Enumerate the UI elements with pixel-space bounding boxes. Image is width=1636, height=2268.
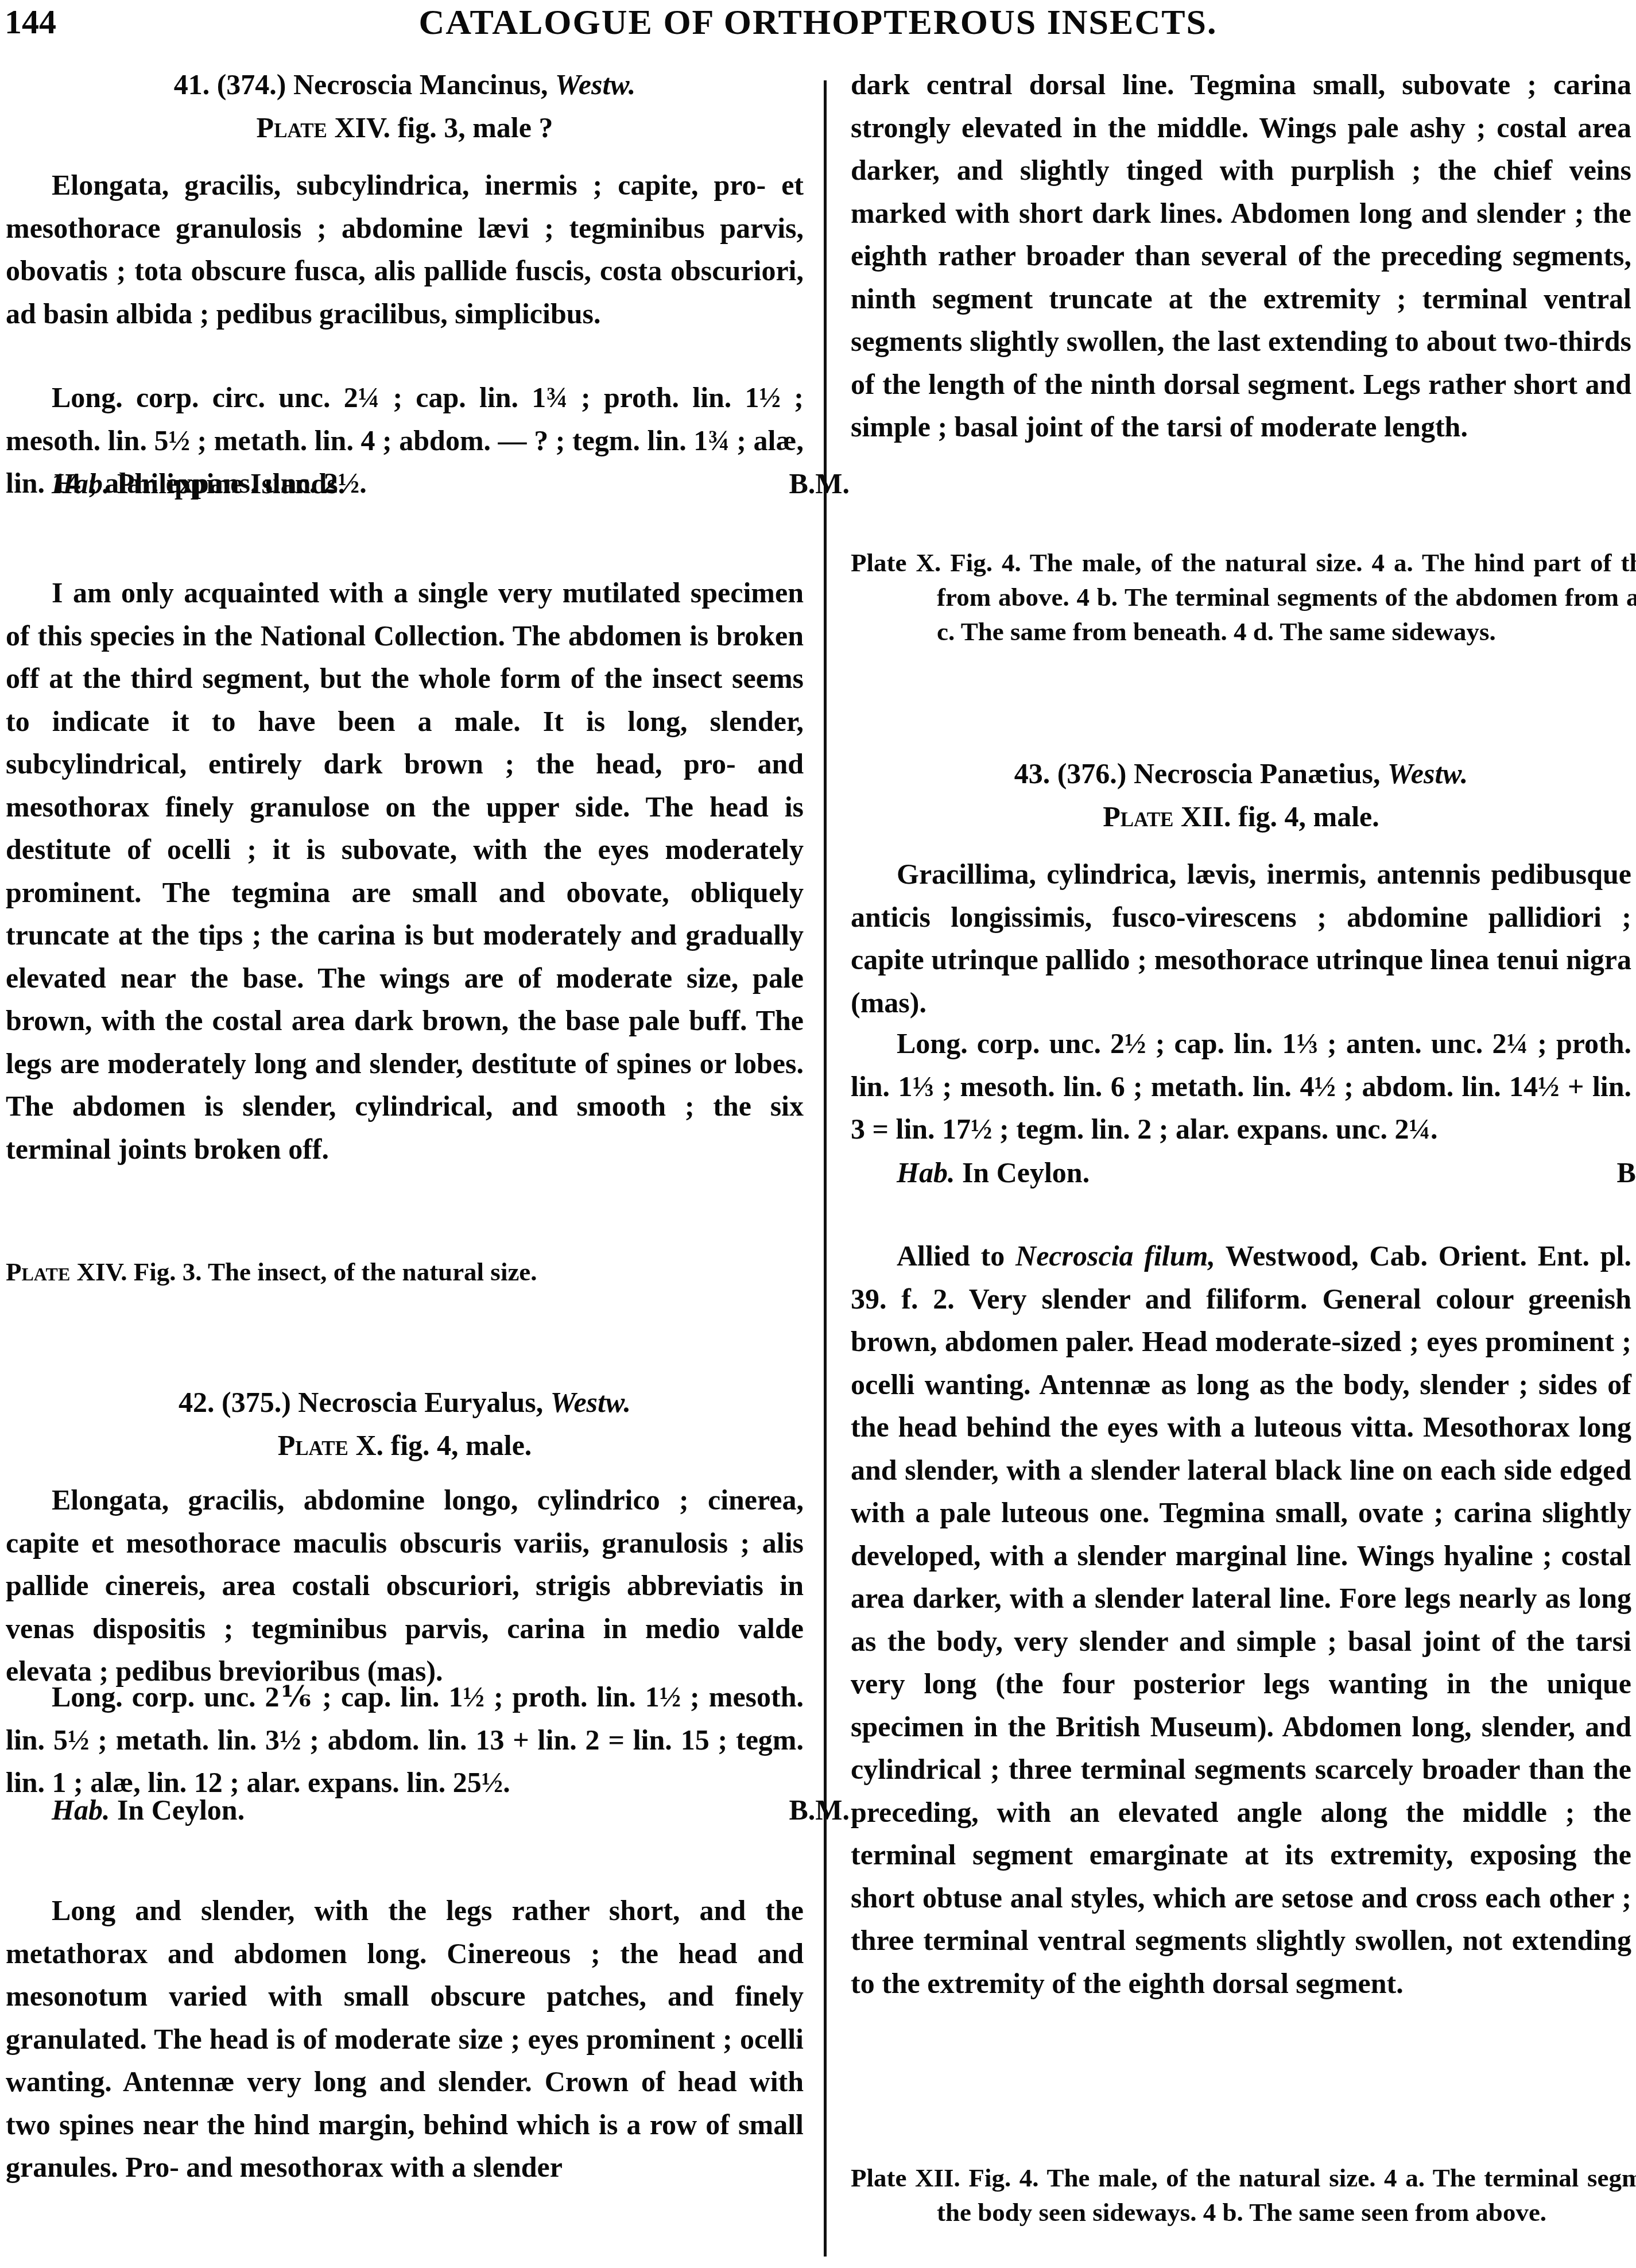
species-number: 43. (376.) [1014, 757, 1127, 789]
species-number: 41. (374.) [174, 68, 286, 100]
species-name: Necroscia Mancinus, [293, 68, 548, 100]
species-42-latin-description: Elongata, gracilis, abdomine longo, cyli… [6, 1479, 804, 1693]
species-41-description: I am only acquainted with a single very … [6, 571, 804, 1170]
species-42-description-part1: Long and slender, with the legs rather s… [6, 1889, 804, 2189]
species-43-habitat-row: Hab. In Ceylon. B.M. [851, 1151, 1636, 1194]
species-42-habitat-row: Hab. In Ceylon. B.M. [6, 1789, 850, 1832]
habitat: Philippine Islands. [117, 467, 345, 500]
species-41-habitat-row: Hab. Philippine Islands. B.M. [6, 462, 850, 505]
species-43-measurements: Long. corp. unc. 2½ ; cap. lin. 1⅓ ; ant… [851, 1022, 1631, 1151]
habitat-label: Hab. [52, 1794, 110, 1826]
column-divider [824, 80, 827, 2257]
species-41-heading: 41. (374.) Necroscia Mancinus, Westw. [6, 63, 804, 106]
habitat-label: Hab. [897, 1156, 955, 1189]
species-name: Necroscia Euryalus, [298, 1386, 543, 1418]
species-author: Westw. [555, 68, 635, 100]
running-title: CATALOGUE OF ORTHOPTEROUS INSECTS. [0, 2, 1636, 43]
species-42-description-part2: dark central dorsal line. Tegmina small,… [851, 63, 1631, 448]
collection-code: B.M. [789, 462, 850, 505]
species-43-plate-caption: Plate XII. Fig. 4. The male, of the natu… [851, 2161, 1636, 2230]
species-42-measurements: Long. corp. unc. 2⅙ ; cap. lin. 1½ ; pro… [6, 1675, 804, 1804]
species-42-plate-ref: Plate X. fig. 4, male. [6, 1424, 804, 1467]
species-43-plate-ref: Plate XII. fig. 4, male. [851, 795, 1631, 838]
species-41-latin-description: Elongata, gracilis, subcylindrica, inerm… [6, 164, 804, 335]
species-43-description: Allied to Necroscia filum, Westwood, Cab… [851, 1234, 1631, 2004]
species-author: Westw. [1387, 757, 1468, 789]
allied-species: Necroscia filum, [1015, 1240, 1215, 1272]
habitat-label: Hab. [52, 467, 110, 500]
species-43-heading: 43. (376.) Necroscia Panætius, Westw. [851, 752, 1631, 795]
species-author: Westw. [550, 1386, 631, 1418]
species-43-latin-description: Gracillima, cylindrica, lævis, inermis, … [851, 853, 1631, 1024]
species-42-heading: 42. (375.) Necroscia Euryalus, Westw. [6, 1381, 804, 1424]
collection-code: B.M. [789, 1789, 850, 1832]
species-41-plate-ref: Plate XIV. fig. 3, male ? [6, 106, 804, 149]
species-name: Necroscia Panætius, [1134, 757, 1381, 789]
species-41-plate-caption: Plate XIV. Fig. 3. The insect, of the na… [6, 1255, 804, 1289]
habitat: In Ceylon. [117, 1794, 245, 1826]
species-42-plate-caption: Plate X. Fig. 4. The male, of the natura… [851, 545, 1636, 649]
species-number: 42. (375.) [179, 1386, 291, 1418]
habitat: In Ceylon. [962, 1156, 1090, 1189]
collection-code: B.M. [1616, 1151, 1636, 1194]
